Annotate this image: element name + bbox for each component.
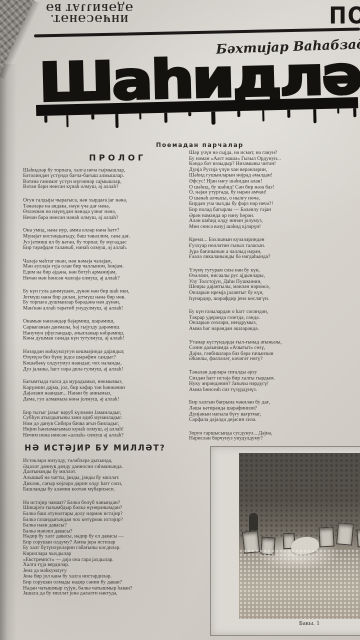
- prolog-stanzas: Шәһидләр бу торпага, халга нечә гыјмышла…: [23, 167, 185, 438]
- stanza: Оғун галдыјы чырағыса, нән хырдаға јаг н…: [23, 198, 185, 221]
- photo-portrait: [336, 522, 354, 545]
- section-stanzas: Истәкләрә низулду, тәләбләрә дыхында,Әда…: [23, 458, 185, 596]
- prolog-heading: ПРОЛОГ: [89, 155, 185, 161]
- poem-subtitle: Поемадан парчалар: [156, 142, 244, 149]
- newspaper-page: ИНҸӘСӘНӘТ.ӘДӘБИЈЈАТ ВӘ ПО Бәхтијар Ваһаб…: [0, 0, 360, 640]
- masthead-cropped-letters: ПО: [329, 3, 360, 29]
- stanza: Онамын нәнләндәр бәјәрмиш, шәрәмиш,Сарва…: [23, 319, 185, 342]
- stanza: Бир халгын бағрына чәкилән бу дағ,Ләшә к…: [189, 400, 359, 423]
- stanza: Истәкләрә низулду, тәләбләрә дыхында,Әда…: [23, 458, 185, 492]
- masthead-upside-down-text: ИНҸӘСӘНӘТ.ӘДӘБИЈЈАТ ВӘ: [36, 1, 142, 23]
- stanza: Нәзәрдән мәһкумлуғун кешмәјиндә дајандыг…: [23, 349, 185, 372]
- photo-caption: Бакы. 1: [299, 620, 320, 627]
- photo-portrait: [260, 537, 275, 556]
- photo-portrait: [318, 527, 334, 548]
- stanza: Утанар күстүндәрдә ғыл-ғынад атынызы,Сәз…: [189, 339, 359, 362]
- photo-frame: Бакы. 1: [210, 446, 360, 636]
- right-text-column: Шәр үчүн нә сыјда, нә исмәт, нә ганун?Бу…: [189, 150, 359, 449]
- stanza: Она умид, нәнә нур, амма елләр нәнә һәтт…: [23, 228, 185, 251]
- right-stanzas: Шәр үчүн нә сыјда, нә исмәт, нә ганун?Бу…: [189, 150, 359, 442]
- stanza: Бағымтыда ғалса да мурадымыз, нөкмымыз,К…: [23, 379, 185, 402]
- stanza: Бу күн ғазылардан о һагг сәсиндән,Тәкрар…: [189, 309, 359, 332]
- stanza: Шәһидләр бу торпага, халга нечә гыјмышла…: [23, 167, 185, 190]
- stanza: Тәналан дәрләрә сиғалды әрзуСиздән һагг …: [189, 370, 359, 393]
- photo-portrait: [242, 530, 260, 554]
- stanza: Үзүмү тутурам сизә нән бу күн,Өзәллин, н…: [189, 268, 359, 302]
- stanza: Зорун гаршысында сусдунуз... Дәјнә,Нәрис…: [189, 430, 359, 441]
- section-heading: НӘ ИСТӘЈИР БУ МИЛЛӘТ?: [25, 446, 186, 452]
- left-text-column: ПРОЛОГ Шәһидләр бу торпага, халга нечә г…: [23, 155, 185, 604]
- martyrs-alley-photo: [239, 453, 360, 619]
- stanza: Чаләјә мәһтаг икән, нән нәмәјә чалајам,М…: [23, 258, 185, 281]
- stanza: Шәр үчүн нә сыјда, нә исмәт, нә ганун?Бу…: [189, 150, 359, 230]
- stanza: Бу күн гула дөнмүшәм, дүнән нән бир шаһ …: [23, 289, 185, 312]
- page-left-edge-shadow: [0, 64, 17, 640]
- photo-portrait: [356, 529, 360, 548]
- stanza: Кремл... Бәхлынын күчәләриндәнҒузлуар нө…: [189, 237, 359, 260]
- stanza: Бир тыгыг јазыг вәруб күлнәин Јаманладыг…: [23, 410, 185, 438]
- stanza: Нә истәјир чамаат? Бәлкә бөлүб чанындан?…: [23, 500, 185, 597]
- header-rule: [34, 28, 360, 37]
